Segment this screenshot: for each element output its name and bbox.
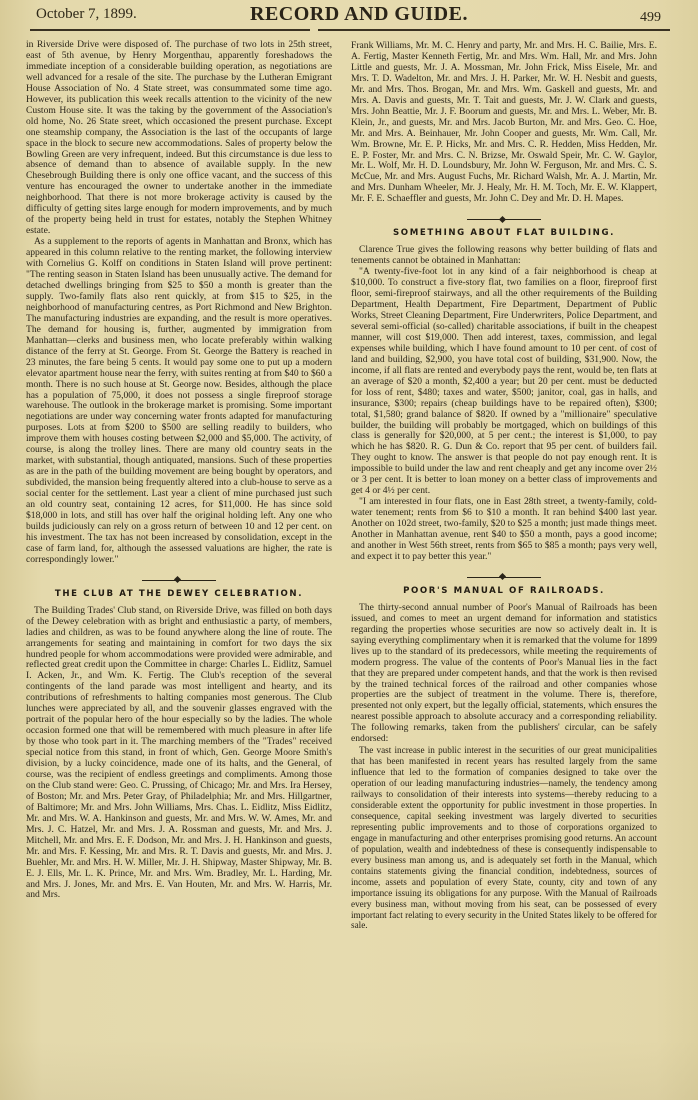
section-separator [142, 580, 216, 581]
article-paragraph: The thirty-second annual number of Poor'… [351, 603, 657, 745]
article-paragraph: As a supplement to the reports of agents… [26, 237, 332, 566]
article-paragraph: The Building Trades' Club stand, on Rive… [26, 606, 332, 902]
newspaper-page: October 7, 1899. RECORD AND GUIDE. 499 i… [0, 0, 698, 1100]
quoted-paragraph: The vast increase in public interest in … [351, 745, 657, 931]
left-column: in Riverside Drive were disposed of. The… [26, 40, 332, 901]
section-separator [467, 219, 541, 220]
right-column: Frank Williams, Mr. M. C. Henry and part… [351, 41, 657, 931]
section-title-dewey: THE CLUB AT THE DEWEY CELEBRATION. [26, 589, 332, 600]
article-paragraph: "A twenty-five-foot lot in any kind of a… [351, 267, 657, 497]
page-bottom-shade [0, 1040, 698, 1100]
header-date: October 7, 1899. [36, 6, 137, 23]
article-paragraph: in Riverside Drive were disposed of. The… [26, 40, 332, 237]
article-paragraph: "I am interested in four flats, one in E… [351, 497, 657, 563]
section-separator [467, 577, 541, 578]
page-number: 499 [640, 10, 661, 26]
section-title-flat-building: SOMETHING ABOUT FLAT BUILDING. [351, 228, 657, 239]
article-paragraph: Clarence True gives the following reason… [351, 245, 657, 267]
masthead-title: RECORD AND GUIDE. [250, 3, 468, 26]
article-paragraph: Frank Williams, Mr. M. C. Henry and part… [351, 41, 657, 205]
header-rule-right [318, 29, 670, 31]
section-title-poors-manual: POOR'S MANUAL OF RAILROADS. [351, 586, 657, 597]
header-rule-left [30, 29, 310, 31]
